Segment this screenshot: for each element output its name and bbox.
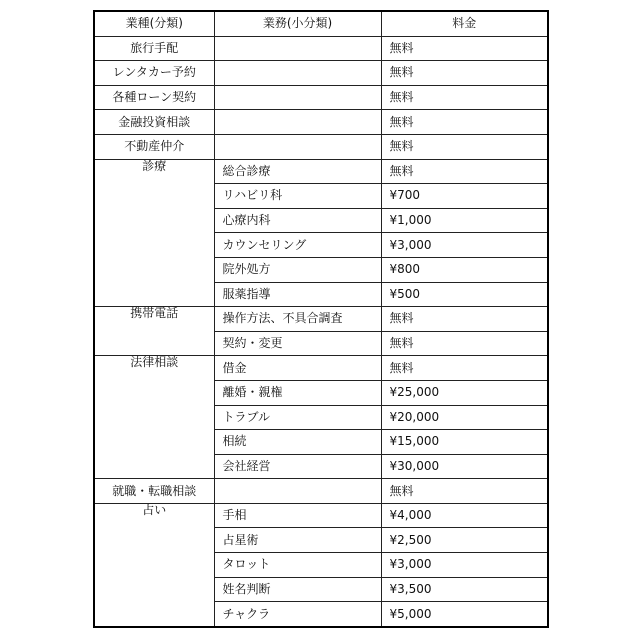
subcategory-cell: チャクラ: [214, 602, 381, 627]
category-cell: 法律相談: [94, 356, 214, 479]
category-cell: 携帯電話: [94, 307, 214, 356]
fee-cell: ¥4,000: [381, 503, 548, 528]
fee-cell: ¥500: [381, 282, 548, 307]
subcategory-cell: トラブル: [214, 405, 381, 430]
fee-cell: 無料: [381, 331, 548, 356]
subcategory-cell: [214, 134, 381, 159]
table-row: 携帯電話 操作方法、不具合調査 無料: [94, 307, 548, 332]
subcategory-cell: 会社経営: [214, 454, 381, 479]
header-subcategory: 業務(小分類): [214, 11, 381, 36]
category-cell: 各種ローン契約: [94, 85, 214, 110]
fee-cell: 無料: [381, 159, 548, 184]
fee-cell: ¥2,500: [381, 528, 548, 553]
subcategory-cell: カウンセリング: [214, 233, 381, 258]
fee-cell: ¥30,000: [381, 454, 548, 479]
subcategory-cell: [214, 85, 381, 110]
category-cell: 就職・転職相談: [94, 479, 214, 504]
table-row: 旅行手配 無料: [94, 36, 548, 61]
subcategory-cell: 院外処方: [214, 257, 381, 282]
fee-cell: 無料: [381, 110, 548, 135]
category-cell: 金融投資相談: [94, 110, 214, 135]
table-row: 就職・転職相談 無料: [94, 479, 548, 504]
header-fee: 料金: [381, 11, 548, 36]
table-row: 占い 手相 ¥4,000: [94, 503, 548, 528]
subcategory-cell: 占星術: [214, 528, 381, 553]
fee-cell: ¥20,000: [381, 405, 548, 430]
table-row: 金融投資相談 無料: [94, 110, 548, 135]
category-cell: 占い: [94, 503, 214, 626]
header-category: 業種(分類): [94, 11, 214, 36]
fee-cell: ¥800: [381, 257, 548, 282]
fee-cell: ¥3,000: [381, 233, 548, 258]
fee-table: 業種(分類) 業務(小分類) 料金 旅行手配 無料 レンタカー予約 無料 各種ロ…: [93, 10, 549, 628]
subcategory-cell: 契約・変更: [214, 331, 381, 356]
table-row: レンタカー予約 無料: [94, 61, 548, 86]
subcategory-cell: 服薬指導: [214, 282, 381, 307]
subcategory-cell: 手相: [214, 503, 381, 528]
subcategory-cell: [214, 110, 381, 135]
fee-cell: ¥25,000: [381, 380, 548, 405]
table-row: 法律相談 借金 無料: [94, 356, 548, 381]
subcategory-cell: リハビリ科: [214, 184, 381, 209]
fee-cell: ¥3,000: [381, 553, 548, 578]
fee-cell: ¥1,000: [381, 208, 548, 233]
table-row: 不動産仲介 無料: [94, 134, 548, 159]
fee-cell: ¥5,000: [381, 602, 548, 627]
table-row: 各種ローン契約 無料: [94, 85, 548, 110]
subcategory-cell: 借金: [214, 356, 381, 381]
fee-cell: 無料: [381, 307, 548, 332]
category-cell: レンタカー予約: [94, 61, 214, 86]
fee-cell: 無料: [381, 61, 548, 86]
subcategory-cell: タロット: [214, 553, 381, 578]
subcategory-cell: 姓名判断: [214, 577, 381, 602]
subcategory-cell: 心療内科: [214, 208, 381, 233]
fee-cell: 無料: [381, 85, 548, 110]
subcategory-cell: [214, 61, 381, 86]
category-cell: 旅行手配: [94, 36, 214, 61]
category-cell: 診療: [94, 159, 214, 307]
subcategory-cell: 総合診療: [214, 159, 381, 184]
fee-cell: 無料: [381, 479, 548, 504]
fee-cell: ¥3,500: [381, 577, 548, 602]
table-row: 診療 総合診療 無料: [94, 159, 548, 184]
subcategory-cell: 離婚・親権: [214, 380, 381, 405]
header-row: 業種(分類) 業務(小分類) 料金: [94, 11, 548, 36]
subcategory-cell: 相続: [214, 430, 381, 455]
fee-cell: 無料: [381, 36, 548, 61]
fee-cell: ¥15,000: [381, 430, 548, 455]
subcategory-cell: 操作方法、不具合調査: [214, 307, 381, 332]
fee-cell: 無料: [381, 134, 548, 159]
fee-cell: ¥700: [381, 184, 548, 209]
subcategory-cell: [214, 479, 381, 504]
fee-cell: 無料: [381, 356, 548, 381]
category-cell: 不動産仲介: [94, 134, 214, 159]
subcategory-cell: [214, 36, 381, 61]
